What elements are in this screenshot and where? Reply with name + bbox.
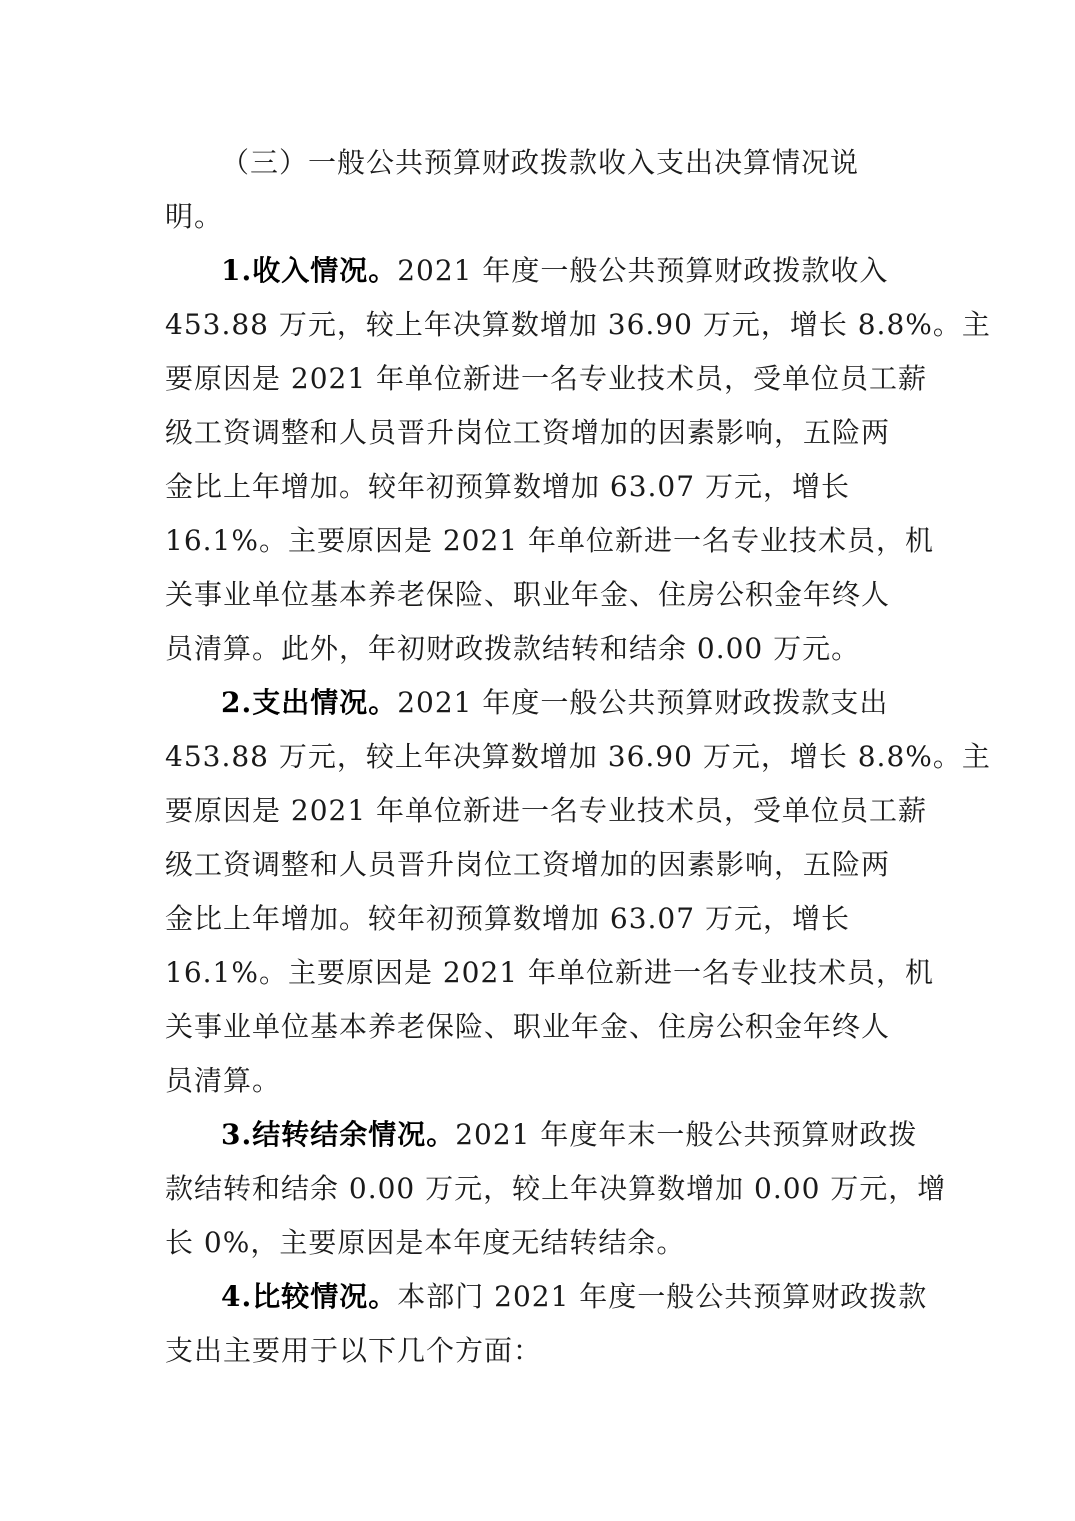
paragraph-line: 员清算。 xyxy=(165,1054,925,1108)
paragraph-expenditure: 2.支出情况。2021 年度一般公共预算财政拨款支出 453.88 万元，较上年… xyxy=(165,676,925,1108)
paragraph-line: 要原因是 2021 年单位新进一名专业技术员，受单位员工薪 xyxy=(165,784,925,838)
paragraph-line: 员清算。此外，年初财政拨款结转和结余 0.00 万元。 xyxy=(165,622,925,676)
paragraph-line: 关事业单位基本养老保险、职业年金、住房公积金年终人 xyxy=(165,568,925,622)
paragraph-income: 1.收入情况。2021 年度一般公共预算财政拨款收入 453.88 万元，较上年… xyxy=(165,244,925,676)
paragraph-line: 关事业单位基本养老保险、职业年金、住房公积金年终人 xyxy=(165,1000,925,1054)
paragraph-line: 453.88 万元，较上年决算数增加 36.90 万元，增长 8.8%。主 xyxy=(165,730,925,784)
paragraph-line: 要原因是 2021 年单位新进一名专业技术员，受单位员工薪 xyxy=(165,352,925,406)
paragraph-line: 16.1%。主要原因是 2021 年单位新进一名专业技术员，机 xyxy=(165,514,925,568)
paragraph-text: 本部门 2021 年度一般公共预算财政拨款 xyxy=(397,1280,927,1313)
paragraph-text: 2021 年度一般公共预算财政拨款收入 xyxy=(397,254,888,287)
paragraph-line: 级工资调整和人员晋升岗位工资增加的因素影响，五险两 xyxy=(165,838,925,892)
paragraph-lead-income: 1.收入情况。 xyxy=(221,254,397,287)
paragraph-first-line: 3.结转结余情况。2021 年度年末一般公共预算财政拨 xyxy=(165,1108,925,1162)
document-body: （三）一般公共预算财政拨款收入支出决算情况说 明。 1.收入情况。2021 年度… xyxy=(165,136,925,1378)
paragraph-first-line: 4.比较情况。本部门 2021 年度一般公共预算财政拨款 xyxy=(165,1270,925,1324)
paragraph-line: 金比上年增加。较年初预算数增加 63.07 万元，增长 xyxy=(165,892,925,946)
paragraph-line: 级工资调整和人员晋升岗位工资增加的因素影响，五险两 xyxy=(165,406,925,460)
paragraph-line: 16.1%。主要原因是 2021 年单位新进一名专业技术员，机 xyxy=(165,946,925,1000)
paragraph-first-line: 1.收入情况。2021 年度一般公共预算财政拨款收入 xyxy=(165,244,925,298)
paragraph-lead-carryover: 3.结转结余情况。 xyxy=(221,1118,455,1151)
section-heading-line-2: 明。 xyxy=(165,190,925,244)
document-page: （三）一般公共预算财政拨款收入支出决算情况说 明。 1.收入情况。2021 年度… xyxy=(0,0,1075,1521)
paragraph-line: 款结转和结余 0.00 万元，较上年决算数增加 0.00 万元，增 xyxy=(165,1162,925,1216)
paragraph-line: 金比上年增加。较年初预算数增加 63.07 万元，增长 xyxy=(165,460,925,514)
paragraph-first-line: 2.支出情况。2021 年度一般公共预算财政拨款支出 xyxy=(165,676,925,730)
paragraph-lead-comparison: 4.比较情况。 xyxy=(221,1280,397,1313)
paragraph-line: 长 0%，主要原因是本年度无结转结余。 xyxy=(165,1216,925,1270)
paragraph-text: 2021 年度年末一般公共预算财政拨 xyxy=(455,1118,917,1151)
paragraph-lead-expenditure: 2.支出情况。 xyxy=(221,686,397,719)
paragraph-text: 2021 年度一般公共预算财政拨款支出 xyxy=(397,686,888,719)
paragraph-line: 453.88 万元，较上年决算数增加 36.90 万元，增长 8.8%。主 xyxy=(165,298,925,352)
paragraph-comparison: 4.比较情况。本部门 2021 年度一般公共预算财政拨款 支出主要用于以下几个方… xyxy=(165,1270,925,1378)
paragraph-line: 支出主要用于以下几个方面： xyxy=(165,1324,925,1378)
section-heading: （三）一般公共预算财政拨款收入支出决算情况说 明。 xyxy=(165,136,925,244)
paragraph-carryover: 3.结转结余情况。2021 年度年末一般公共预算财政拨 款结转和结余 0.00 … xyxy=(165,1108,925,1270)
section-heading-line-1: （三）一般公共预算财政拨款收入支出决算情况说 xyxy=(165,136,925,190)
